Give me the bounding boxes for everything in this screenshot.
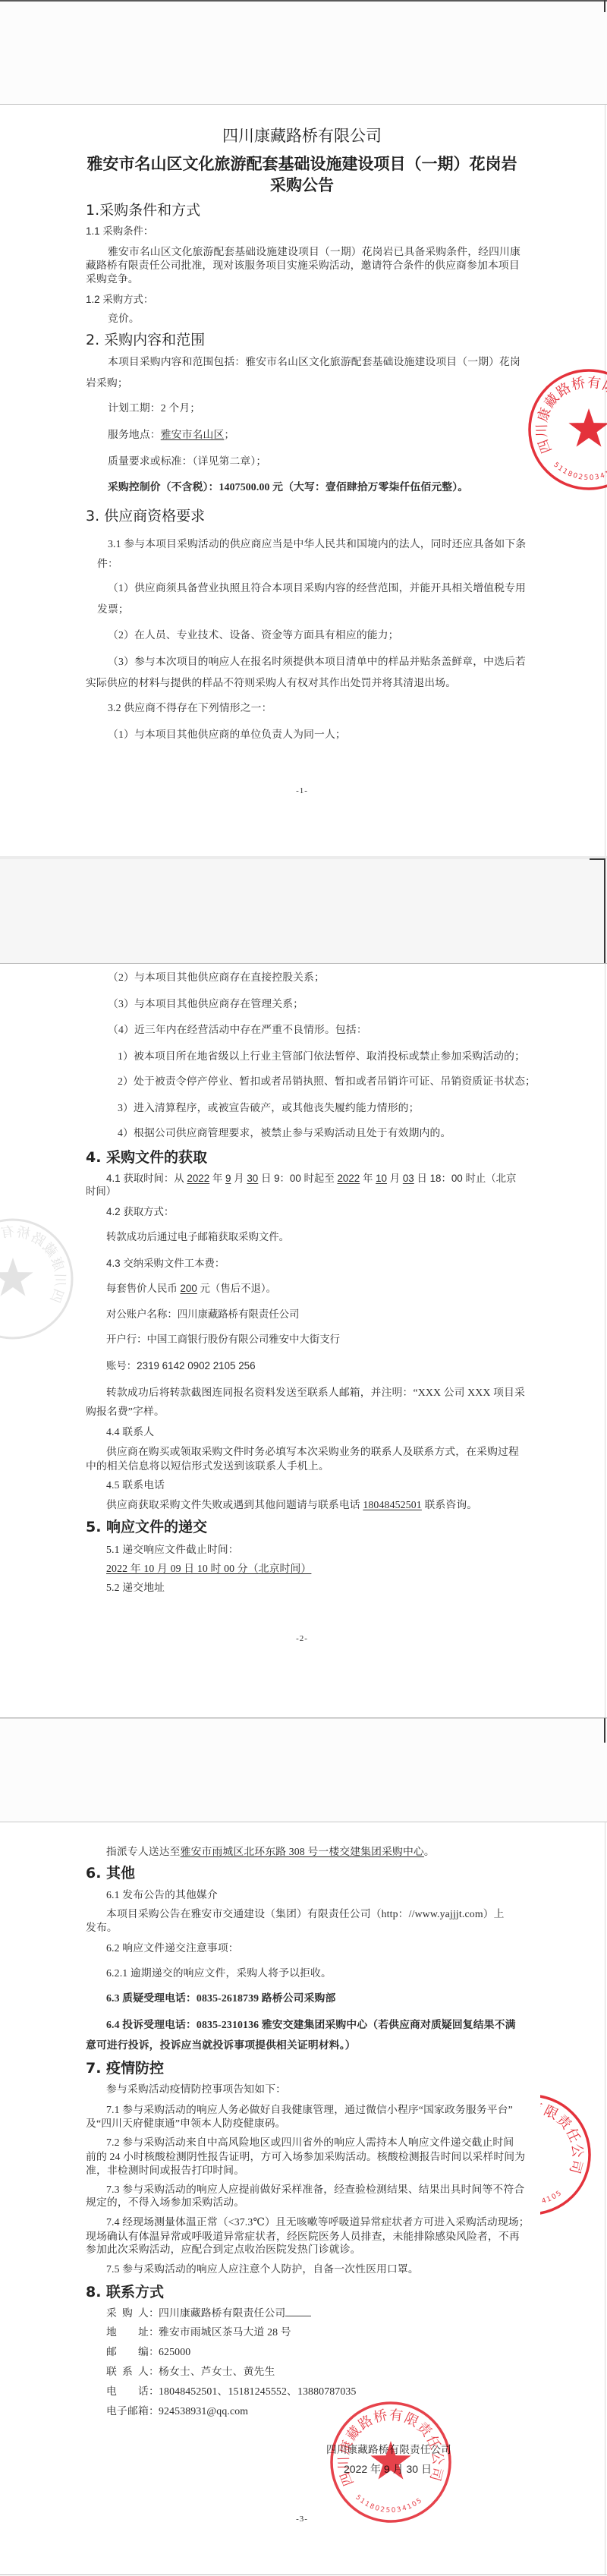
contact-value: 924538931@qq.com: [159, 2404, 248, 2418]
method-label: 1.2 采购方式：: [86, 293, 153, 307]
scope-text-line: 岩采购；: [86, 376, 128, 390]
year-unit: 年: [209, 1173, 225, 1184]
location-line: 服务地点：雅安市名山区；: [108, 428, 234, 442]
month-unit: 月: [387, 1173, 403, 1184]
year-unit: 年: [360, 1173, 376, 1184]
address-prefix: 指派专人送达至: [106, 1846, 181, 1857]
document-title: 雅安市名山区文化旅游配套基础设施建设项目（一期）花岗岩: [0, 155, 604, 173]
contact-value: 625000: [159, 2345, 190, 2359]
end-year: 2022: [337, 1173, 360, 1184]
page-number: -2-: [0, 1632, 604, 1645]
exclusion-item: （3）与本项目其他供应商存在管理关系；: [108, 997, 303, 1011]
control-price-line: 采购控制价（不含税）：1407500.00 元（大写：壹佰肆拾万零柒仟伍佰元整）…: [108, 480, 468, 494]
page-number: -1-: [0, 784, 604, 798]
epidemic-item-line: 及“四川天府健康通”申领本人防疫健康码。: [86, 2117, 286, 2130]
scan-right-edge: [604, 859, 605, 963]
contact-separator: ：: [149, 2405, 159, 2417]
scan-right-edge: [604, 0, 605, 12]
method-value: 竞价。: [108, 312, 140, 326]
heading-section-7: 7. 疫情防控: [86, 2060, 164, 2077]
contact-value: 雅安市雨城区茶马大道 28 号: [159, 2326, 291, 2339]
exclusion-item: （1）与本项目其他供应商的单位负责人为同一人；: [108, 728, 346, 742]
page-corner-edge: [590, 858, 605, 860]
fee-line: 每套售价人民币 200 元（售后不退）。: [106, 1282, 276, 1296]
scope-text-line: 本项目采购内容和范围包括：雅安市名山区文化旅游配套基础设施建设项目（一期）花岗: [108, 355, 521, 369]
quality-value: （详见第二章）；: [193, 455, 267, 467]
bad-conduct-item: 1）被本项目所在地省级以上行业主管部门依法暂停、取消投标或禁止参加采购活动的；: [118, 1050, 525, 1063]
fee-suffix: 元（售后不退）。: [197, 1283, 276, 1294]
seal-code: 5118025034105: [552, 461, 607, 483]
query-phone-line: 6.3 质疑受理电话：0835-2618739 路桥公司采购部: [106, 1992, 335, 2005]
signature-seal: 四川康藏路桥有限责任公司 5118025034105: [326, 2398, 455, 2527]
page-number: -3-: [0, 2512, 604, 2526]
epidemic-item-line: 现场确认有体温异常或呼吸道异常症状者，经医院医务人员排查，未能排除感染风险者，不…: [86, 2230, 520, 2244]
exclusion-item: （4）近三年内在经营活动中存在严重不良情形。包括：: [108, 1023, 367, 1037]
epidemic-intro: 参与采购活动疫情防控事项告知如下：: [106, 2083, 286, 2096]
company-name: 四川康藏路桥有限公司: [0, 127, 604, 145]
heading-section-3: 3. 供应商资格要求: [86, 508, 205, 524]
contact-label: 采购人: [106, 2307, 149, 2320]
requirement-item-line: 发票；: [97, 603, 129, 616]
address-suffix: 。: [424, 1846, 435, 1857]
contact-separator: ：: [149, 2307, 159, 2319]
contact-row-persons: 联系人：杨女士、芦女士、黄先生: [106, 2365, 410, 2379]
contact-separator: ：: [149, 2346, 159, 2357]
deadline-label: 5.1 递交响应文件截止时间：: [106, 1543, 239, 1557]
blank-underline: [285, 2307, 311, 2316]
deadline-value: 2022 年 10 月 09 日 10 时 00 分（北京时间）: [106, 1562, 311, 1576]
company-seal: 四川康藏路桥有限责任公司 5118025034105: [540, 2090, 595, 2219]
requirement-3-1-line: 件：: [97, 557, 118, 571]
epidemic-item-line: 7.2 参与采购活动来自中高风险地区或四川省外的响应人需持本人响应文件递交截止时…: [106, 2136, 514, 2149]
condition-text-line: 藏路桥有限责任公司批准，现对该服务项目实施采购活动，邀请符合条件的供应商参加本项…: [86, 259, 520, 272]
heading-section-5: 5. 响应文件的递交: [86, 1519, 207, 1535]
contact-row-phone: 电话：18048452501、15181245552、13880787035: [106, 2385, 486, 2398]
seal-code: 5118025034105: [354, 2494, 423, 2515]
scan-top-margin: [0, 0, 607, 104]
contact-label: 电话: [106, 2385, 149, 2398]
star-icon: [568, 408, 607, 447]
address-value: 雅安市雨城区北环东路 308 号一楼交建集团采购中心: [181, 1846, 424, 1857]
submission-address-line: 指派专人送达至雅安市雨城区北环东路 308 号一楼交建集团采购中心。: [106, 1845, 435, 1859]
account-name: 对公账户名称：四川康藏路桥有限责任公司: [106, 1308, 299, 1321]
fee-amount: 200: [180, 1283, 197, 1294]
transfer-note-line: 转款成功后将转款截图连同报名资料发送至联系人邮箱，并注明：“XXX 公司 XXX…: [106, 1386, 525, 1400]
contact-label: 电子邮箱: [106, 2404, 149, 2418]
transfer-note-line: 购报名费”字样。: [86, 1405, 165, 1419]
contact-label: 地址: [106, 2326, 149, 2339]
price-label: 采购控制价（不含税）：: [108, 481, 219, 493]
end-month: 10: [376, 1173, 387, 1184]
condition-label: 1.1 采购条件：: [86, 225, 153, 238]
page-3: 指派专人送达至雅安市雨城区北环东路 308 号一楼交建集团采购中心。 6. 其他…: [0, 1822, 607, 2574]
end-rest: 日 18：00 时止（北京: [414, 1173, 517, 1184]
complaint-phone-line: 6.4 投诉受理电话：0835-2310136 雅安交建集团采购中心（若供应商对…: [106, 2018, 516, 2032]
seal-text: 四川康藏路桥有限责任公司: [0, 1223, 68, 1305]
start-month: 9: [225, 1173, 231, 1184]
quality-label: 质量要求或标准：: [108, 455, 193, 467]
price-value: 1407500.00 元: [219, 481, 284, 493]
contact-value: 18048452501、15181245552、13880787035: [159, 2385, 357, 2398]
star-icon: [0, 1258, 33, 1296]
acquire-time-label: 4.1 获取时间：从: [106, 1173, 187, 1184]
contact-person-label: 4.4 联系人: [106, 1425, 154, 1439]
bad-conduct-item: 2）处于被责令停产停业、暂扣或者吊销执照、暂扣或者吊销许可证、吊销资质证书状态；: [118, 1075, 536, 1088]
month-unit: 月: [231, 1173, 247, 1184]
contact-row-postcode: 邮编：625000: [106, 2345, 410, 2359]
contact-row-address: 地址：雅安市雨城区茶马大道 28 号: [106, 2326, 410, 2339]
exclusion-item: （2）与本项目其他供应商存在直接控股关系；: [108, 971, 325, 984]
contact-row-purchaser: 采购人：四川康藏路桥有限责任公司: [106, 2307, 410, 2320]
price-in-words: （大写：壹佰肆拾万零柒仟伍佰元整）。: [283, 481, 468, 493]
scan-right-edge: [604, 1718, 605, 1743]
purchaser-name: 四川康藏路桥有限责任公司: [159, 2307, 285, 2319]
page-edge: [605, 964, 605, 1718]
seal-text: 四川康藏路桥有限责任公司: [534, 374, 607, 455]
seal-text: 四川康藏路桥有限责任公司: [540, 2099, 586, 2181]
location-suffix: ；: [224, 429, 234, 440]
fee-label: 4.3 交纳采购文件工本费：: [106, 1257, 225, 1271]
start-year: 2022: [187, 1173, 209, 1184]
heading-section-4: 4. 采购文件的获取: [86, 1149, 207, 1166]
contact-separator: ：: [149, 2366, 159, 2377]
quality-line: 质量要求或标准：（详见第二章）；: [108, 455, 266, 468]
location-value: 雅安市名山区: [161, 429, 225, 440]
location-label: 服务地点：: [108, 429, 161, 440]
seam-seal-fragment: 四川康藏路桥有限责任公司 5118025034105: [540, 2090, 607, 2219]
epidemic-item-line: 7.1 参与采购活动的响应人务必做好自我健康管理，通过微信小程序“国家政务服务平…: [106, 2103, 513, 2117]
page-divider: [0, 2574, 607, 2575]
start-day: 30: [247, 1173, 258, 1184]
contact-separator: ：: [149, 2385, 159, 2397]
epidemic-item-line: 7.5 参与采购活动的响应人应注意个人防护，自备一次性医用口罩。: [106, 2263, 419, 2276]
company-seal: 四川康藏路桥有限责任公司 5118025034105: [524, 365, 607, 494]
contact-phone-line: 供应商获取采购文件失败或遇到其他问题请与联系电话 18048452501 联系咨…: [106, 1498, 477, 1512]
heading-section-8: 8. 联系方式: [86, 2284, 164, 2300]
page-2: 四川康藏路桥有限责任公司 （2）与本项目其他供应商存在直接控股关系； （3）与本…: [0, 964, 607, 1718]
seal-code: 5118025034105: [540, 2187, 563, 2208]
heading-section-6: 6. 其他: [86, 1865, 135, 1882]
duration-value: 2 个月；: [161, 402, 201, 414]
epidemic-item-line: 参加此次采购活动，应配合到定点收治医院发热门诊就诊。: [86, 2243, 361, 2256]
bad-conduct-item: 4）根据公司供应商管理要求，被禁止参与采购活动且处于有效期内的。: [118, 1126, 451, 1140]
media-text-line: 发布。: [86, 1921, 118, 1935]
requirement-item-line: （3）参与本次项目的响应人在报名时须提供本项目清单中的样品并贴条盖鲜章，中选后若: [108, 655, 526, 669]
contact-label: 联系人: [106, 2365, 149, 2379]
document-title-suffix: 采购公告: [0, 176, 604, 194]
contact-phone-label: 4.5 联系电话: [106, 1479, 165, 1492]
contact-label: 邮编: [106, 2345, 149, 2359]
duration-label: 计划工期：: [108, 402, 161, 414]
phone-suffix: 联系咨询。: [422, 1499, 477, 1510]
requirement-item-line: （1）供应商须具备营业执照且符合本项目采购内容的经营范围，并能开具相关增值税专用: [108, 581, 526, 595]
account-number: 账号：2319 6142 0902 2105 256: [106, 1359, 256, 1373]
acquire-method-value: 转款成功后通过电子邮箱获取采购文件。: [106, 1230, 289, 1244]
bad-conduct-item: 3）进入清算程序，或被宣告破产，或其他丧失履约能力情形的；: [118, 1101, 420, 1115]
contact-value: 四川康藏路桥有限责任公司: [159, 2307, 311, 2320]
bank-name: 开户行：中国工商银行股份有限公司雅安中大街支行: [106, 1333, 340, 1346]
epidemic-item-line: 准，非检测时间或报告打印时间。: [86, 2164, 244, 2178]
contact-value: 杨女士、芦女士、黄先生: [159, 2365, 275, 2379]
acquire-time-line: 4.1 获取时间：从 2022 年 9 月 30 日 9：00 时起至 2022…: [106, 1172, 516, 1186]
bleed-through-seal: 四川康藏路桥有限责任公司: [0, 1214, 77, 1343]
duration-line: 计划工期：2 个月；: [108, 402, 200, 415]
epidemic-item-line: 7.3 参与采购活动的响应人应提前做好采样准备，经查验检测结果、结果出具时间等不…: [106, 2183, 524, 2197]
heading-section-2: 2. 采购内容和范围: [86, 332, 205, 348]
epidemic-item-line: 前的 24 小时核酸检测阴性报告证明，方可入场参加采购活动。核酸检测报告时间以采…: [86, 2150, 525, 2164]
submission-address-label: 5.2 递交地址: [106, 1581, 165, 1595]
fee-prefix: 每套售价人民币: [106, 1283, 180, 1294]
heading-section-1: 1.采购条件和方式: [86, 202, 200, 219]
requirement-3-1-line: 3.1 参与本项目采购活动的供应商应当是中华人民共和国境内的法人，同时还应具备如…: [108, 537, 526, 551]
scan-page-gap: [0, 1718, 607, 1822]
acquire-method-label: 4.2 获取方式：: [106, 1205, 174, 1219]
acquire-time-tz: 时间）: [86, 1185, 116, 1198]
scan-page-gap: [0, 856, 607, 963]
requirement-item-line: 实际供应的材料与提供的样品不符则采购人有权对其作出处罚并将其清退出场。: [86, 676, 456, 690]
media-label: 6.1 发布公告的其他媒介: [106, 1888, 218, 1902]
contact-person-text: 供应商在购买或领取采购文件时务必填写本次采购业务的联系人及联系方式，在采购过程: [106, 1445, 519, 1459]
epidemic-item-line: 规定的，不得入场参加采购活动。: [86, 2196, 244, 2209]
media-text-line: 本项目采购公告在雅安市交通建设（集团）有限责任公司（http：//www.yaj…: [106, 1907, 505, 1921]
complaint-phone-line: 意可进行投诉，投诉应当就投诉事项提供相关证明材料。）: [86, 2039, 356, 2052]
condition-text-line: 雅安市名山区文化旅游配套基础设施建设项目（一期）花岗岩已具备采购条件，经四川康: [108, 245, 521, 259]
star-icon: [370, 2441, 410, 2480]
contact-person-text: 中的相关信息将以短信形式发送到该联系人手机上。: [86, 1460, 329, 1473]
phone-number: 18048452501: [363, 1499, 422, 1510]
epidemic-item-line: 7.4 经现场测量体温正常（<37.3℃）且无咳嗽等呼吸道异常症状者方可进入采购…: [106, 2215, 530, 2229]
notes-label: 6.2 响应文件递交注意事项：: [106, 1941, 239, 1955]
contact-separator: ：: [149, 2326, 159, 2338]
exclusion-label: 3.2 供应商不得存在下列情形之一：: [108, 701, 272, 715]
page-1: 四川康藏路桥有限公司 雅安市名山区文化旅游配套基础设施建设项目（一期）花岗岩 采…: [0, 105, 607, 858]
condition-text-line: 采购竞争。: [86, 272, 139, 286]
start-rest: 日 9：00 时起至: [258, 1173, 337, 1184]
requirement-item-line: （2）在人员、专业技术、设备、资金等方面具有相应的能力；: [108, 628, 399, 642]
phone-prefix: 供应商获取采购文件失败或遇到其他问题请与联系电话: [106, 1499, 363, 1510]
end-day: 03: [403, 1173, 414, 1184]
note-6-2-1: 6.2.1 逾期递交的响应文件，采购人将予以拒收。: [106, 1967, 332, 1980]
